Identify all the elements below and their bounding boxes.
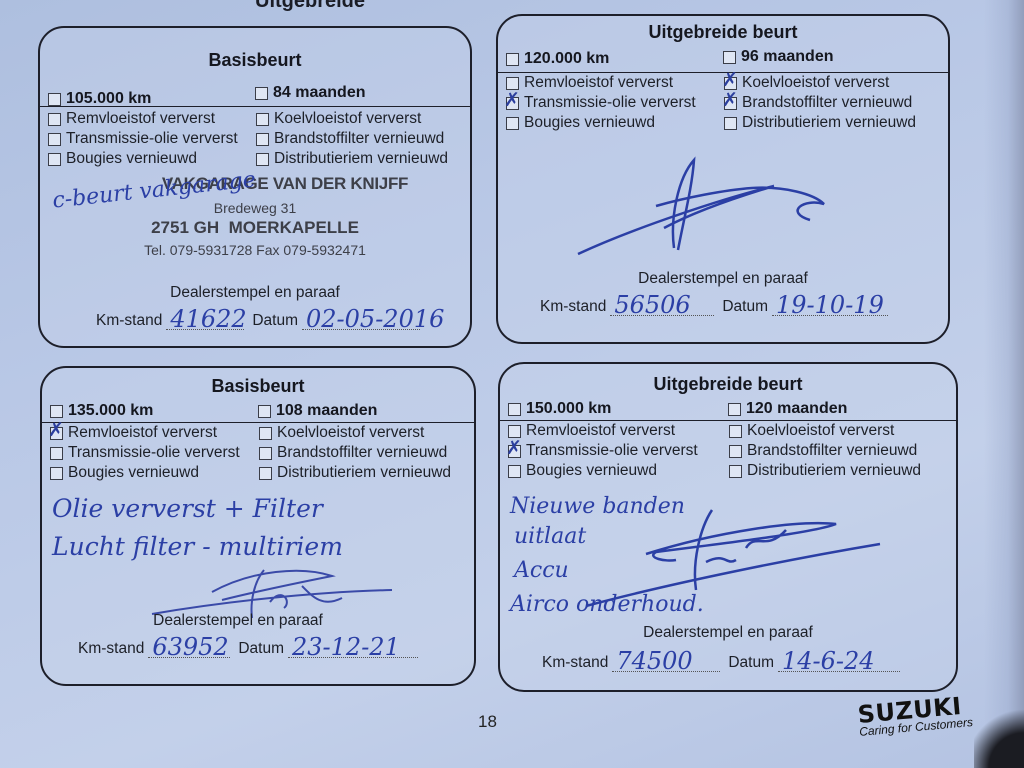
item-label: Bougies vernieuwd: [68, 464, 199, 482]
item-label: Brandstoffilter vernieuwd: [747, 442, 917, 460]
km-value: 56506: [614, 291, 690, 319]
checkbox[interactable]: [506, 97, 519, 110]
stamp-label: Dealerstempel en paraaf: [40, 284, 470, 302]
date-value: 19-10-19: [776, 291, 884, 319]
dealer-signature: [574, 158, 834, 258]
dealer-phone: Tel. 079-5931728 Fax 079-5932471: [40, 242, 470, 258]
handwritten-note: Lucht filter - multiriem: [52, 532, 343, 561]
dealer-city: 2751 GH MOERKAPELLE: [40, 218, 470, 238]
suzuki-logo: SUZUKI Caring for Customers: [857, 691, 974, 739]
divider: [500, 420, 956, 421]
checkbox[interactable]: [508, 403, 521, 416]
km-option-label: 150.000 km: [526, 400, 611, 418]
checkbox[interactable]: [48, 113, 61, 126]
date-label: Datum: [252, 312, 298, 330]
item-label: Koelvloeistof ververst: [274, 110, 421, 128]
item-label: Remvloeistof ververst: [66, 110, 215, 128]
km-value: 63952: [152, 633, 228, 661]
km-value: 74500: [616, 647, 692, 675]
item-koelvloeistof[interactable]: Koelvloeistof ververst: [259, 424, 468, 442]
item-label: Koelvloeistof ververst: [742, 74, 889, 92]
date-label: Datum: [238, 640, 284, 658]
months-option[interactable]: 96 maanden: [723, 46, 940, 68]
stamp-label: Dealerstempel en paraaf: [498, 270, 948, 288]
checkbox[interactable]: [255, 87, 268, 100]
km-option[interactable]: 150.000 km: [508, 400, 728, 418]
item-label: Remvloeistof ververst: [524, 74, 673, 92]
months-option-label: 96 maanden: [741, 48, 833, 66]
months-option-label: 120 maanden: [746, 400, 847, 418]
dealer-signature: [576, 502, 896, 612]
handwritten-note: Accu: [514, 558, 569, 583]
item-label: Koelvloeistof ververst: [747, 422, 894, 440]
item-label: Transmissie-olie ververst: [524, 94, 696, 112]
box-title: Basisbeurt: [40, 50, 470, 71]
handwritten-note: Olie ververst + Filter: [52, 494, 323, 523]
item-brandstoffilter[interactable]: Brandstoffilter vernieuwd: [724, 94, 942, 112]
checkbox[interactable]: [729, 445, 742, 458]
item-label: Distributieriem vernieuwd: [747, 462, 921, 480]
km-field[interactable]: 56506: [610, 299, 714, 316]
item-label: Distributieriem vernieuwd: [742, 114, 916, 132]
checkbox[interactable]: [50, 427, 63, 440]
km-option[interactable]: 120.000 km: [506, 50, 723, 68]
item-label: Transmissie-olie ververst: [68, 444, 240, 462]
date-value: 23-12-21: [292, 633, 400, 661]
item-remvloeistof[interactable]: Remvloeistof ververst: [48, 110, 256, 128]
item-transmissie-olie[interactable]: Transmissie-olie ververst: [48, 130, 256, 148]
months-option-label: 108 maanden: [276, 402, 377, 420]
box-title: Basisbeurt: [42, 376, 474, 397]
date-label: Datum: [722, 298, 768, 316]
date-value: 02-05-2016: [306, 305, 444, 333]
item-label: Transmissie-olie ververst: [66, 130, 238, 148]
date-field[interactable]: 23-12-21: [288, 641, 418, 658]
months-option-label: 84 maanden: [273, 84, 365, 102]
item-label: Brandstoffilter vernieuwd: [277, 444, 447, 462]
item-bougies[interactable]: Bougies vernieuwd: [506, 114, 724, 132]
item-koelvloeistof[interactable]: Koelvloeistof ververst: [724, 74, 942, 92]
stamp-label: Dealerstempel en paraaf: [2, 612, 474, 630]
service-box-basisbeurt-135000: Basisbeurt 135.000 km 108 maanden Remvlo…: [40, 366, 476, 686]
km-option-label: 120.000 km: [524, 50, 609, 68]
checkbox[interactable]: [48, 93, 61, 106]
checkbox[interactable]: [729, 465, 742, 478]
item-label: Transmissie-olie ververst: [526, 442, 698, 460]
checkbox[interactable]: [258, 405, 271, 418]
km-label: Km-stand: [78, 640, 144, 658]
date-field[interactable]: 02-05-2016: [302, 313, 420, 330]
km-option-label: 135.000 km: [68, 402, 153, 420]
page-number: 18: [478, 712, 497, 732]
item-label: Remvloeistof ververst: [526, 422, 675, 440]
service-box-uitgebreide-150000: Uitgebreide beurt 150.000 km 120 maanden…: [498, 362, 958, 692]
km-field[interactable]: 74500: [612, 655, 720, 672]
checkbox[interactable]: [50, 405, 63, 418]
km-option[interactable]: 105.000 km: [48, 78, 255, 108]
background-corner: [974, 708, 1024, 768]
item-distributieriem[interactable]: Distributieriem vernieuwd: [256, 150, 464, 168]
service-box-basisbeurt-105000: Basisbeurt 105.000 km 84 maanden Remvloe…: [38, 26, 472, 348]
item-label: Bougies vernieuwd: [526, 462, 657, 480]
checkbox[interactable]: [256, 113, 269, 126]
date-label: Datum: [728, 654, 774, 672]
item-brandstoffilter[interactable]: Brandstoffilter vernieuwd: [256, 130, 464, 148]
date-value: 14-6-24: [782, 647, 875, 675]
checkbox[interactable]: [508, 445, 521, 458]
months-option[interactable]: 120 maanden: [728, 400, 948, 418]
checkbox[interactable]: [259, 447, 272, 460]
km-value: 41622: [170, 305, 246, 333]
item-label: Distributieriem vernieuwd: [274, 150, 448, 168]
checkbox[interactable]: [259, 427, 272, 440]
months-option[interactable]: 84 maanden: [255, 78, 462, 108]
item-distributieriem[interactable]: Distributieriem vernieuwd: [729, 462, 950, 480]
stamp-label: Dealerstempel en paraaf: [500, 624, 956, 642]
divider: [40, 106, 470, 107]
item-bougies[interactable]: Bougies vernieuwd: [50, 464, 259, 482]
item-koelvloeistof[interactable]: Koelvloeistof ververst: [256, 110, 464, 128]
checkbox[interactable]: [506, 117, 519, 130]
checkbox[interactable]: [724, 97, 737, 110]
checkbox[interactable]: [256, 133, 269, 146]
months-option[interactable]: 108 maanden: [258, 402, 466, 420]
item-remvloeistof[interactable]: Remvloeistof ververst: [508, 422, 729, 440]
checkbox[interactable]: [724, 117, 737, 130]
box-title: Uitgebreide beurt: [500, 374, 956, 395]
checkbox[interactable]: [256, 153, 269, 166]
item-koelvloeistof[interactable]: Koelvloeistof ververst: [729, 422, 950, 440]
page-edge-shadow: [984, 0, 1024, 768]
item-label: Brandstoffilter vernieuwd: [274, 130, 444, 148]
km-field[interactable]: 63952: [148, 641, 230, 658]
km-label: Km-stand: [96, 312, 162, 330]
item-label: Bougies vernieuwd: [524, 114, 655, 132]
divider: [42, 422, 474, 423]
checkbox[interactable]: [729, 425, 742, 438]
item-bougies[interactable]: Bougies vernieuwd: [508, 462, 729, 480]
checkbox[interactable]: [259, 467, 272, 480]
top-heading-fragment: Uitgebreide: [255, 0, 365, 13]
checkbox[interactable]: [48, 153, 61, 166]
item-remvloeistof[interactable]: Remvloeistof ververst: [50, 424, 259, 442]
item-transmissie-olie[interactable]: Transmissie-olie ververst: [50, 444, 259, 462]
service-box-uitgebreide-120000: Uitgebreide beurt 120.000 km 96 maanden …: [496, 14, 950, 344]
date-field[interactable]: 19-10-19: [772, 299, 888, 316]
km-field[interactable]: 41622: [166, 313, 244, 330]
box-title: Uitgebreide beurt: [498, 22, 948, 43]
checkbox[interactable]: [50, 467, 63, 480]
checkbox[interactable]: [506, 53, 519, 66]
checkbox[interactable]: [728, 403, 741, 416]
item-bougies[interactable]: Bougies vernieuwd: [48, 150, 256, 168]
km-label: Km-stand: [540, 298, 606, 316]
km-label: Km-stand: [542, 654, 608, 672]
item-brandstoffilter[interactable]: Brandstoffilter vernieuwd: [729, 442, 950, 460]
item-label: Brandstoffilter vernieuwd: [742, 94, 912, 112]
checkbox[interactable]: [48, 133, 61, 146]
item-transmissie-olie[interactable]: Transmissie-olie ververst: [506, 94, 724, 112]
date-field[interactable]: 14-6-24: [778, 655, 900, 672]
item-label: Remvloeistof ververst: [68, 424, 217, 442]
item-remvloeistof[interactable]: Remvloeistof ververst: [506, 74, 724, 92]
item-label: Bougies vernieuwd: [66, 150, 197, 168]
checkbox[interactable]: [723, 51, 736, 64]
item-label: Koelvloeistof ververst: [277, 424, 424, 442]
checkbox[interactable]: [508, 465, 521, 478]
item-label: Distributieriem vernieuwd: [277, 464, 451, 482]
item-brandstoffilter[interactable]: Brandstoffilter vernieuwd: [259, 444, 468, 462]
item-transmissie-olie[interactable]: Transmissie-olie ververst: [508, 442, 729, 460]
checkbox[interactable]: [50, 447, 63, 460]
km-option[interactable]: 135.000 km: [50, 402, 258, 420]
item-distributieriem[interactable]: Distributieriem vernieuwd: [724, 114, 942, 132]
item-distributieriem[interactable]: Distributieriem vernieuwd: [259, 464, 468, 482]
